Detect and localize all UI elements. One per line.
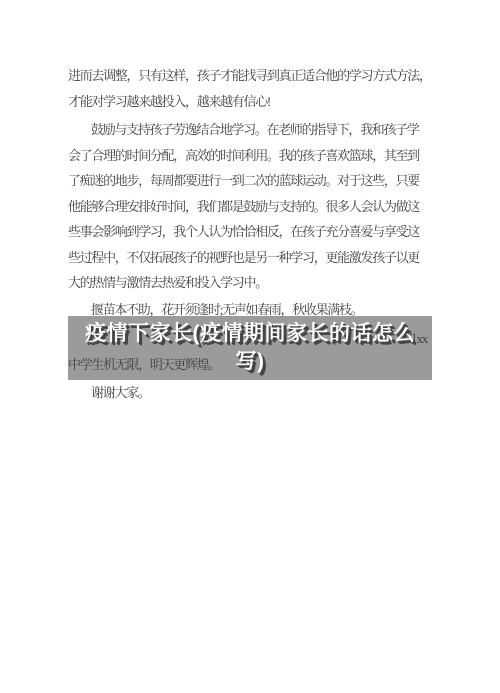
article-title: 疫情下家长(疫情期间家长的话怎么写)	[68, 316, 432, 380]
doc-line: 谢谢大家。	[68, 380, 432, 406]
doc-line: 鼓励与支持孩子劳逸结合地学习。在老师的指导下，我和孩子学	[68, 117, 432, 143]
doc-line: 些事会影响到学习，我个人认为恰恰相反，在孩子充分喜爱与享受这	[68, 219, 432, 245]
doc-line: 会了合理的时间分配，高效的时间利用。我的孩子喜欢篮球，其至到	[68, 143, 432, 169]
document-page: 进而去调整，只有这样，孩子才能找寻到真正适合他的学习方式方法，才能对学习越来越投…	[0, 0, 500, 693]
doc-line: 才能对学习越来越投入，越来越有信心!	[68, 89, 432, 115]
doc-line: 些过程中，不仅拓展孩子的视野也是另一种学习，更能激发孩子以更	[68, 245, 432, 271]
doc-line: 大的热情与激情去热爱和投入学习中。	[68, 270, 432, 296]
article-title-line: 写)	[68, 348, 432, 376]
doc-line: 了痴迷的地步，每周都要进行一到二次的蓝球运动。对于这些，只要	[68, 168, 432, 194]
article-title-line: 疫情下家长(疫情期间家长的话怎么	[68, 320, 432, 348]
doc-line: 他能够合理安排好时间，我们都是鼓励与支持的。很多人会认为做这	[68, 194, 432, 220]
doc-line: 进而去调整，只有这样，孩子才能找寻到真正适合他的学习方式方法，	[68, 63, 432, 89]
